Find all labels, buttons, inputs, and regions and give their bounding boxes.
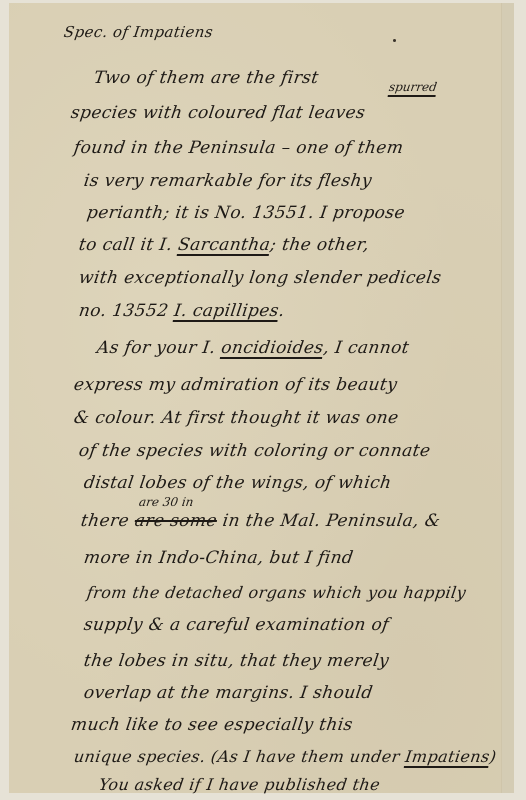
- letter-line-14: there are some in the Mal. Peninsula, &: [80, 511, 442, 531]
- line-text: no. 13552: [78, 301, 176, 321]
- letter-line-8: no. 13552 I. capillipes.: [78, 301, 286, 321]
- line-text: .: [277, 301, 286, 321]
- page-edge: [501, 3, 514, 793]
- letter-line-5: perianth; it is No. 13551. I propose: [86, 203, 407, 223]
- letter-line-13: distal lobes of the wings, of which: [83, 473, 393, 493]
- line-text: unique species. (As I have them under: [73, 747, 407, 766]
- insertion-spurred: spurred: [388, 80, 438, 94]
- letter-heading: Spec. of Impatiens: [63, 23, 215, 41]
- letter-line-12: of the species with coloring or connate: [78, 441, 432, 461]
- insertion-are-30-in: are 30 in: [138, 495, 194, 509]
- letter-line-3: found in the Peninsula – one of them: [73, 138, 405, 158]
- ink-speck: [393, 39, 396, 42]
- letter-line-15: more in Indo-China, but I find: [83, 548, 355, 568]
- line-text: ; the other,: [269, 235, 371, 255]
- line-text: As for your I.: [96, 338, 223, 358]
- letter-line-21: unique species. (As I have them under Im…: [73, 747, 498, 766]
- letter-line-1: Two of them are the first: [93, 68, 320, 88]
- struck-text: are some: [133, 511, 218, 531]
- letter-line-7: with exceptionally long slender pedicels: [78, 268, 443, 288]
- letter-line-9: As for your I. oncidioides, I cannot: [96, 338, 411, 358]
- letter-line-17: supply & a careful examination of: [83, 615, 391, 635]
- letter-line-18: the lobes in situ, that they merely: [83, 651, 391, 671]
- line-text: there: [80, 511, 137, 531]
- letter-line-6: to call it I. Sarcantha; the other,: [78, 235, 371, 255]
- letter-line-16: from the detached organs which you happi…: [86, 583, 468, 602]
- species-name-sarcantha: Sarcantha: [177, 235, 272, 255]
- line-text: to call it I.: [78, 235, 180, 255]
- letter-line-2: species with coloured flat leaves: [70, 103, 367, 123]
- line-text: , I cannot: [322, 338, 410, 358]
- letter-line-10: express my admiration of its beauty: [73, 375, 399, 395]
- letter-line-19: overlap at the margins. I should: [83, 683, 375, 703]
- letter-line-4: is very remarkable for its fleshy: [83, 171, 374, 191]
- line-text: ): [488, 747, 497, 766]
- species-name-oncidioides: oncidioides: [220, 338, 325, 358]
- letter-line-22: You asked if I have published the: [98, 775, 382, 794]
- letter-page: Spec. of Impatiens Two of them are the f…: [9, 3, 514, 793]
- letter-line-20: much like to see especially this: [70, 715, 355, 735]
- genus-name-impatiens: Impatiens: [404, 747, 491, 766]
- line-text: in the Mal. Peninsula, &: [216, 511, 442, 531]
- letter-line-11: & colour. At first thought it was one: [73, 408, 400, 428]
- species-name-capillipes: I. capillipes: [173, 301, 280, 321]
